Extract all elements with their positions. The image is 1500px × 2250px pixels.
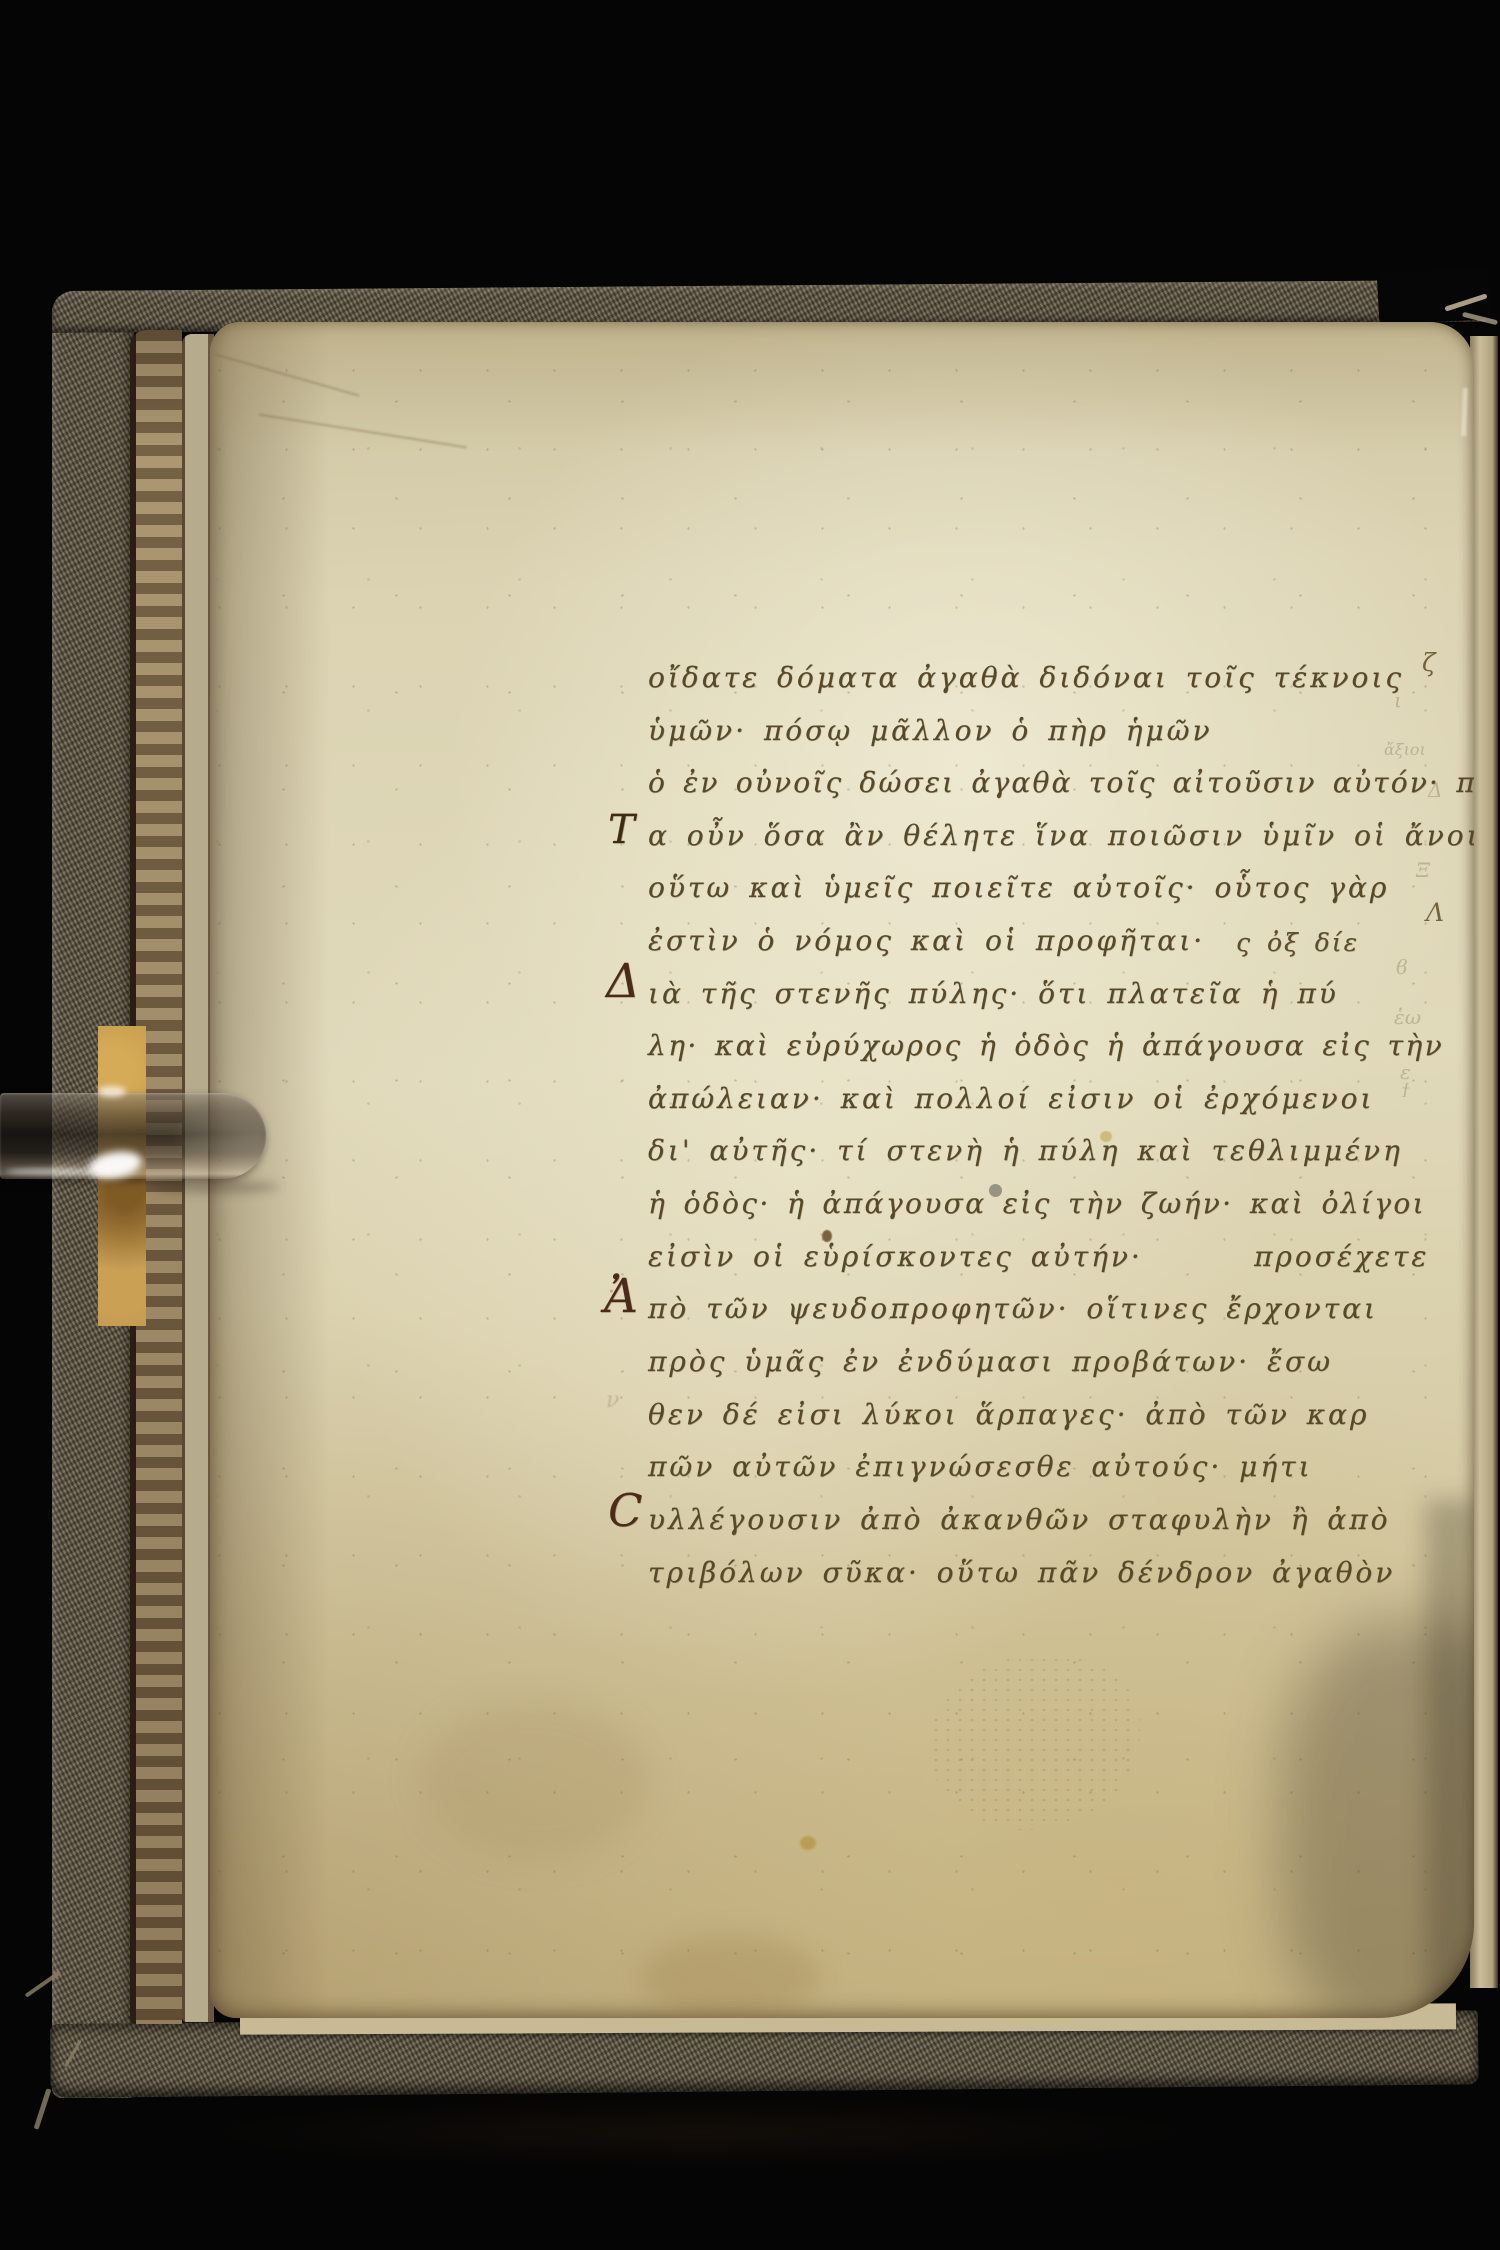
stain-patch	[420, 1700, 650, 1860]
line-text: πὸ τῶν ψευδοπροφητῶν· οἵτινες ἔρχονται	[648, 1291, 1378, 1327]
initial-capital-delta: Δ	[606, 964, 643, 1000]
rod-specular-highlight	[98, 1086, 126, 1097]
margin-mark: ζ	[1422, 648, 1436, 677]
line-text: ὁ ἐν οὐνοῖς δώσει ἀγαθὰ τοῖς αἰτοῦσιν αὐ…	[648, 765, 1474, 801]
margin-mark: ι	[1394, 688, 1402, 712]
stain-patch	[640, 1935, 820, 2018]
margin-mark: ϯ	[1402, 1078, 1409, 1103]
line-text: ἡ ὁδὸς· ἡ ἀπάγουσα εἰς τὴν ζωήν· καὶ ὀλί…	[648, 1186, 1426, 1222]
table-glow	[200, 2098, 1200, 2168]
margin-mark: Δ	[1428, 778, 1442, 802]
margin-mark: ἑω	[1394, 1005, 1421, 1029]
right-margin-marks: ζ ι ἄξιοι Δ Ξ Λ ϐ ἑω ε ϯ	[1392, 322, 1474, 1522]
frayed-cloth-thread	[34, 2088, 52, 2129]
line-text: δι' αὐτῆς· τί στενὴ ἡ πύλη καὶ τεθλιμμέν…	[648, 1133, 1403, 1169]
rod-specular-highlight	[6, 1168, 98, 1175]
line-text: εἰσὶν οἱ εὑρίσκοντες αὐτήν·	[648, 1239, 1143, 1275]
margin-gloss: ἄξιοι	[1384, 740, 1426, 759]
line-text: ἀπώλειαν· καὶ πολλοί εἰσιν οἱ ἐρχόμενοι	[648, 1081, 1374, 1117]
gutter-mark: ·	[608, 1280, 615, 1305]
line-text: α οὖν ὅσα ἂν θέλητε ἵνα ποιῶσιν ὑμῖν οἱ …	[648, 818, 1474, 854]
stain-spot	[800, 1836, 816, 1850]
line-text: ὑμῶν· πόσῳ μᾶλλον ὁ πὴρ ἡμῶν	[648, 713, 1212, 749]
initial-capital-tau: Τ	[608, 812, 638, 848]
line-text: οὕτω καὶ ὑμεῖς ποιεῖτε αὐτοῖς· οὗτος γὰρ	[648, 870, 1389, 906]
under-leaf-right-edge	[1470, 336, 1498, 1988]
line-text: λη· καὶ εὐρύχωρος ἡ ὁδὸς ἡ ἀπάγουσα εἰς …	[648, 1028, 1444, 1064]
line-text: πῶν αὐτῶν ἐπιγνώσεσθε αὐτούς· μήτι	[648, 1449, 1313, 1485]
margin-mark: Λ	[1426, 898, 1444, 927]
line-text: πρὸς ὑμᾶς ἐν ἐνδύμασι προβάτων· ἔσω	[648, 1344, 1333, 1380]
line-text: οἴδατε δόματα ἀγαθὰ διδόναι τοῖς τέκνοις	[648, 660, 1404, 696]
photo-stage: οἴδατε δόματα ἀγαθὰ διδόναι τοῖς τέκνοις…	[0, 0, 1500, 2250]
line-text: θεν δέ εἰσι λύκοι ἅρπαγες· ἀπὸ τῶν καρ	[648, 1397, 1369, 1433]
lection-margin-note: ς ὀξ δίε	[1236, 925, 1359, 961]
line-text: ἐστὶν ὁ νόμος καὶ οἱ προφῆται·	[648, 923, 1205, 959]
initial-capital-lunate-sigma: Ϲ	[608, 1493, 645, 1529]
gutter-ghost-letter: ν	[606, 1388, 619, 1413]
greek-text-block: οἴδατε δόματα ἀγαθὰ διδόναι τοῖς τέκνοις…	[648, 660, 1474, 1620]
parchment-page[interactable]: οἴδατε δόματα ἀγαθὰ διδόναι τοῖς τέκνοις…	[210, 322, 1474, 2018]
line-text: τριβόλων σῦκα· οὕτω πᾶν δένδρον ἀγαθὸν	[648, 1555, 1395, 1591]
margin-mark: Ξ	[1416, 858, 1430, 882]
margin-mark: ϐ	[1396, 955, 1408, 979]
line-text: ιὰ τῆς στενῆς πύλης· ὅτι πλατεῖα ἡ πύ	[648, 976, 1339, 1012]
line-text: υλλέγουσιν ἀπὸ ἀκανθῶν σταφυλὴν ἢ ἀπὸ	[648, 1502, 1390, 1538]
rod-shadow	[150, 1181, 280, 1193]
